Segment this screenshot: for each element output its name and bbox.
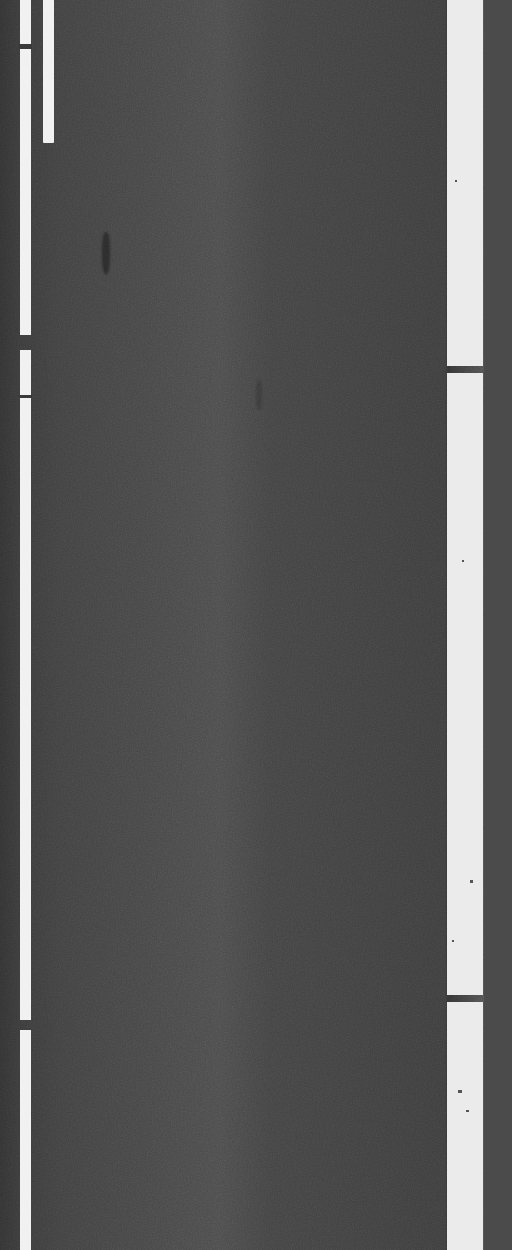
marking-wear bbox=[455, 180, 457, 182]
marking-wear bbox=[452, 940, 454, 942]
marking-wear bbox=[466, 1110, 469, 1112]
marking-crack bbox=[18, 44, 32, 49]
left-edge-line-segment bbox=[20, 1030, 31, 1250]
right-wide-line-segment bbox=[447, 373, 483, 995]
asphalt-stain bbox=[102, 232, 110, 274]
marking-wear bbox=[470, 880, 473, 883]
right-wide-line-segment bbox=[447, 0, 483, 366]
asphalt-stain bbox=[256, 380, 262, 410]
asphalt-grain bbox=[0, 0, 512, 1250]
left-inner-line bbox=[43, 0, 54, 143]
marking-wear bbox=[462, 560, 464, 562]
marking-crack bbox=[18, 395, 32, 398]
marking-wear bbox=[458, 1090, 462, 1093]
left-edge-line-segment bbox=[20, 350, 31, 1020]
right-shoulder bbox=[484, 0, 512, 1250]
right-wide-line-segment bbox=[447, 1002, 483, 1250]
left-edge-line-segment bbox=[20, 0, 31, 335]
road-scene bbox=[0, 0, 512, 1250]
